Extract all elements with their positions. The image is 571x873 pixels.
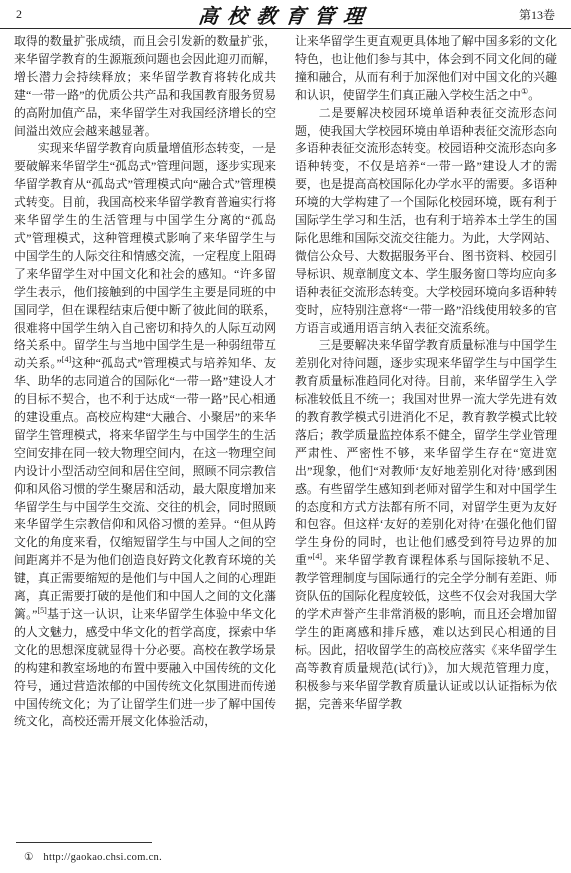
footnote-divider: [16, 842, 152, 843]
footnote-entry: ① http://gaokao.chsi.com.cn.: [16, 851, 278, 865]
journal-title-calligraphy: 高校教育管理: [84, 0, 486, 29]
paragraph: 取得的数量扩张成绩，而且会引发新的数量扩张，来华留学教育的生源瓶颈问题也会因此迎…: [14, 33, 276, 140]
page-header: 2 高校教育管理 第13卷: [0, 0, 571, 29]
left-column: 取得的数量扩张成绩，而且会引发新的数量扩张，来华留学教育的生源瓶颈问题也会因此迎…: [14, 33, 276, 841]
right-column: 让来华留学生更直观更具体地了解中国多彩的文化特色，也让他们参与其中，体会到不同文…: [295, 33, 557, 841]
page-number: 2: [16, 7, 86, 22]
text-columns: 取得的数量扩张成绩，而且会引发新的数量扩张，来华留学教育的生源瓶颈问题也会因此迎…: [14, 33, 557, 841]
footnote-url: http://gaokao.chsi.com.cn.: [43, 851, 278, 865]
footnote-marker: ①: [24, 851, 33, 865]
journal-page: 2 高校教育管理 第13卷 取得的数量扩张成绩，而且会引发新的数量扩张，来华留学…: [0, 0, 571, 873]
paragraph: 二是要解决校园环境单语种表征交流形态问题，使我国大学校园环境由单语种表征交流形态…: [295, 105, 557, 338]
paragraph: 三是要解决来华留学教育质量标准与中国学生差别化对待问题，逐步实现来华留学生与中国…: [295, 337, 557, 713]
paragraph: 实现来华留学教育向质量增值形态转变，一是要破解来华留学生“孤岛式”管理问题，逐步…: [14, 140, 276, 731]
paragraph: 让来华留学生更直观更具体地了解中国多彩的文化特色，也让他们参与其中，体会到不同文…: [295, 33, 557, 105]
footnote: ① http://gaokao.chsi.com.cn.: [16, 842, 278, 865]
volume-label: 第13卷: [485, 6, 555, 23]
